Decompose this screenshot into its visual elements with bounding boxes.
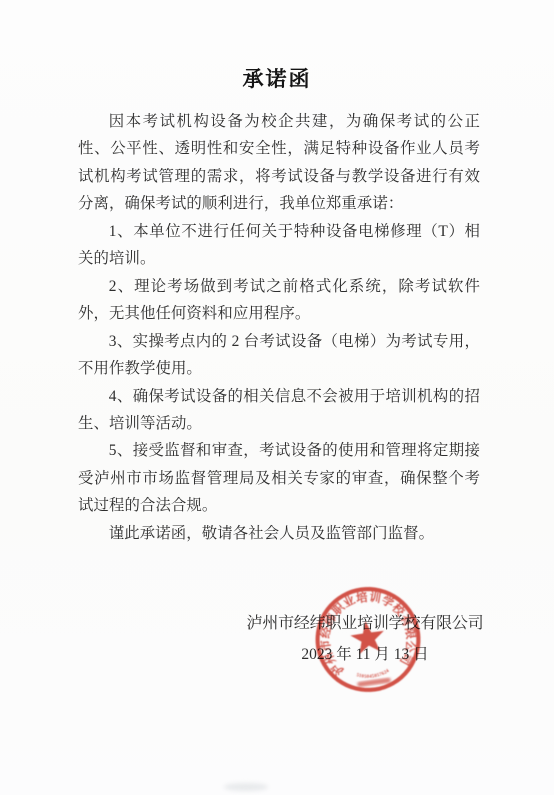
paragraph-item-1: 1、本单位不进行任何关于特种设备电梯修理（T）相关的培训。 — [78, 218, 480, 273]
document-title: 承诺函 — [0, 64, 554, 94]
seal-star-icon — [349, 619, 387, 655]
scan-artifact — [224, 783, 268, 791]
official-seal: 泸州市经纬职业培训学校有限公司 5105045057624 — [312, 580, 424, 699]
paragraph-item-3: 3、实操考点内的 2 台考试设备（电梯）为考试专用，不用作教学使用。 — [78, 328, 480, 383]
paragraph-intro: 因本考试机构设备为校企共建，为确保考试的公正性、公平性、透明性和安全性，满足特种… — [78, 108, 480, 218]
paragraph-item-5: 5、接受监督和审查，考试设备的使用和管理将定期接受泸州市市场监督管理局及相关专家… — [78, 437, 480, 519]
document-body: 因本考试机构设备为校企共建，为确保考试的公正性、公平性、透明性和安全性，满足特种… — [78, 108, 480, 547]
document-page: 承诺函 因本考试机构设备为校企共建，为确保考试的公正性、公平性、透明性和安全性，… — [0, 0, 554, 795]
paragraph-item-2: 2、理论考场做到考试之前格式化系统，除考试软件外，无其他任何资料和应用程序。 — [78, 273, 480, 328]
paragraph-closing: 谨此承诺函，敬请各社会人员及监管部门监督。 — [78, 520, 480, 547]
paragraph-item-4: 4、确保考试设备的相关信息不会被用于培训机构的招生、培训等活动。 — [78, 383, 480, 438]
